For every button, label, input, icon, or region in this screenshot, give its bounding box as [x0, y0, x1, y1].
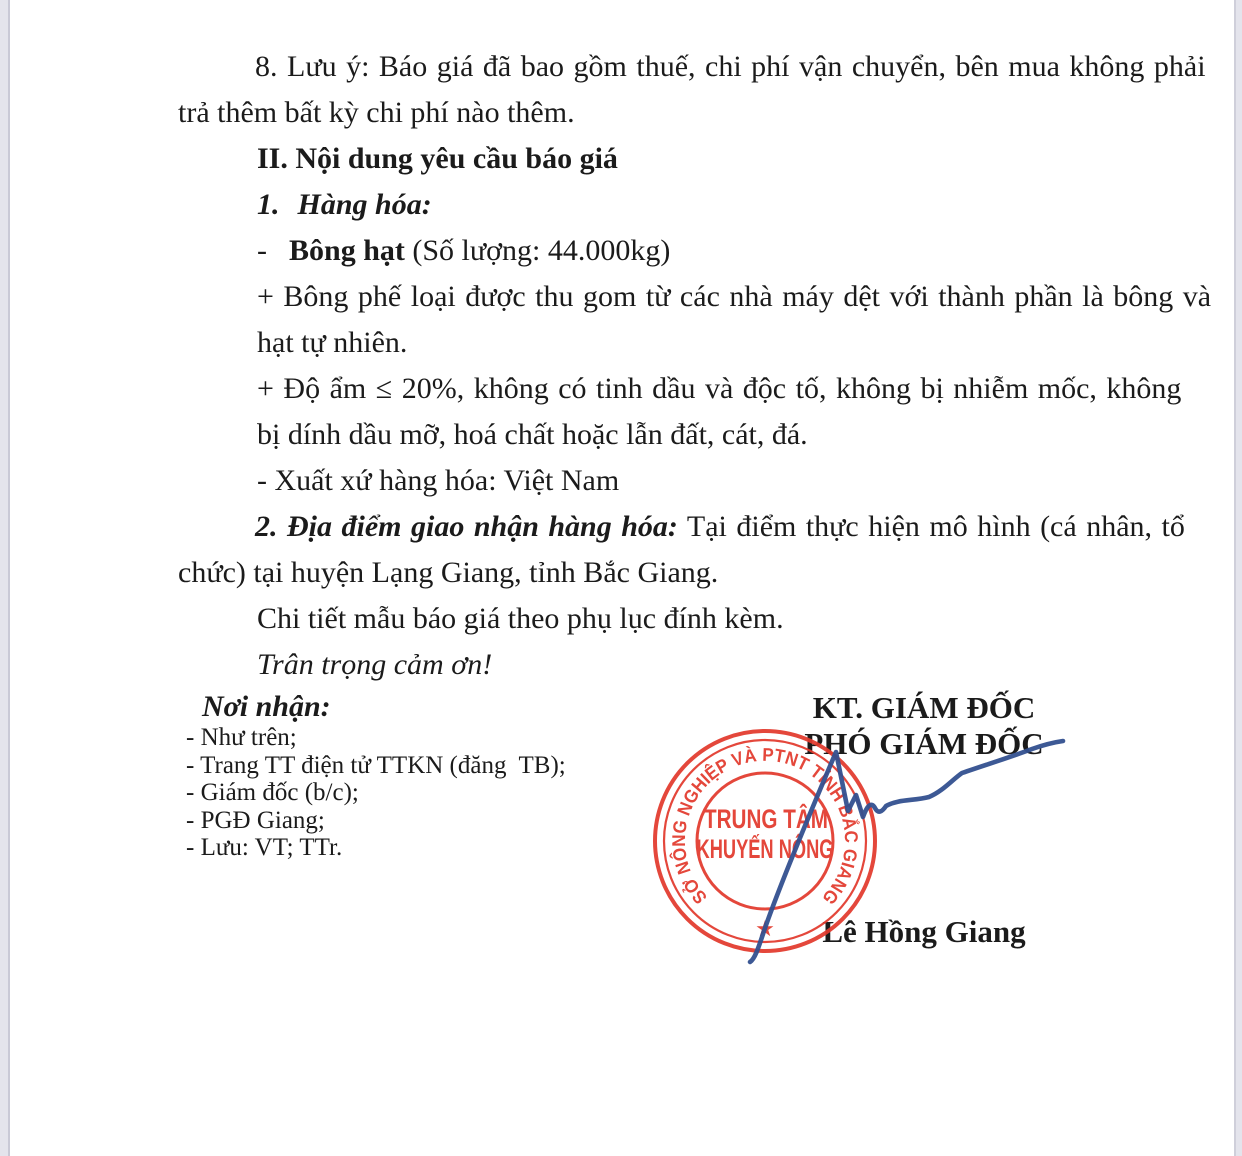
spec1-line1: + Bông phế loại được thu gom từ các nhà …	[178, 274, 1126, 320]
detail-note-line: Chi tiết mẫu báo giá theo phụ lục đính k…	[178, 596, 1126, 642]
recipient-item: - Giám đốc (b/c);	[186, 779, 566, 807]
item1-heading: 1.Hàng hóa:	[178, 182, 1126, 228]
item2-lead: 2. Địa điểm giao nhận hàng hóa:	[255, 510, 678, 543]
item1-title: Hàng hóa:	[298, 188, 432, 221]
signer-role-line2: PHÓ GIÁM ĐỐC	[748, 726, 1100, 762]
recipients-block: Nơi nhận: - Như trên; - Trang TT điện tử…	[186, 690, 566, 862]
page-gutter-right	[1234, 0, 1242, 1156]
signature-block: KT. GIÁM ĐỐC PHÓ GIÁM ĐỐC Lê Hồng Giang	[748, 690, 1100, 950]
spec1-line2: hạt tự nhiên.	[178, 320, 1126, 366]
page-gutter-left	[0, 0, 10, 1156]
item2-line2: chức) tại huyện Lạng Giang, tỉnh Bắc Gia…	[178, 550, 1126, 596]
recipient-item: - Trang TT điện tử TTKN (đăng TB);	[186, 752, 566, 780]
note-paragraph-line1: 8. Lưu ý: Báo giá đã bao gồm thuế, chi p…	[178, 44, 1126, 90]
goods-name: Bông hạt	[289, 234, 405, 267]
origin-line: - Xuất xứ hàng hóa: Việt Nam	[178, 458, 1126, 504]
item2-rest: Tại điểm thực hiện mô hình (cá nhân, tổ	[678, 510, 1185, 543]
closing-line: Trân trọng cảm ơn!	[178, 642, 1126, 688]
section-heading: II. Nội dung yêu cầu báo giá	[178, 136, 1126, 182]
item1-number: 1.	[257, 188, 280, 221]
document-body: 8. Lưu ý: Báo giá đã bao gồm thuế, chi p…	[178, 44, 1126, 688]
item2-line1: 2. Địa điểm giao nhận hàng hóa: Tại điểm…	[178, 504, 1126, 550]
document-page: 8. Lưu ý: Báo giá đã bao gồm thuế, chi p…	[0, 0, 1242, 1156]
recipient-item: - Lưu: VT; TTr.	[186, 834, 566, 862]
signer-role-line1: KT. GIÁM ĐỐC	[748, 690, 1100, 726]
recipient-item: - Như trên;	[186, 724, 566, 752]
recipients-header: Nơi nhận:	[186, 690, 566, 724]
goods-dash: -	[257, 234, 267, 267]
recipient-item: - PGĐ Giang;	[186, 807, 566, 835]
spec2-line1: + Độ ẩm ≤ 20%, không có tinh dầu và độc …	[178, 366, 1126, 412]
signer-name: Lê Hồng Giang	[748, 914, 1100, 950]
note-paragraph-line2: trả thêm bất kỳ chi phí nào thêm.	[178, 90, 1126, 136]
goods-line: -Bông hạt (Số lượng: 44.000kg)	[178, 228, 1126, 274]
goods-detail: (Số lượng: 44.000kg)	[405, 234, 670, 267]
spec2-line2: bị dính dầu mỡ, hoá chất hoặc lẫn đất, c…	[178, 412, 1126, 458]
